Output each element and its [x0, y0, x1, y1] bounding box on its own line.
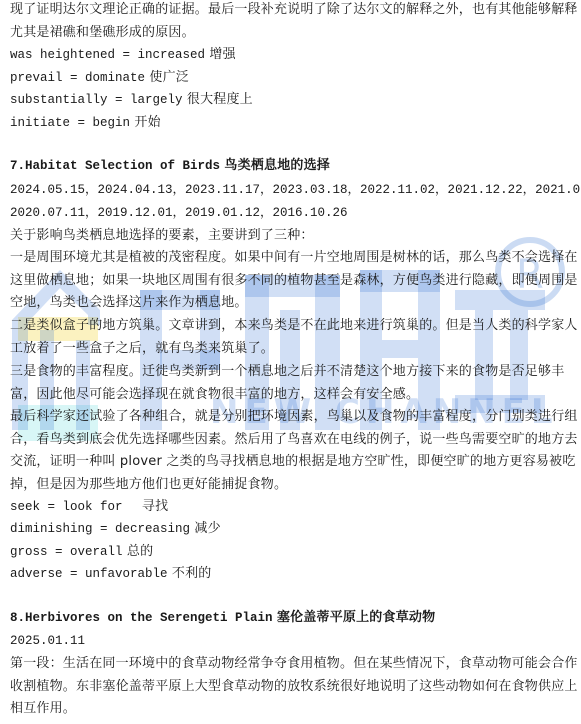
- paragraph-line: 第一段：生活在同一环境中的食草动物经常争夺食用植物。但在某些情况下，食草动物可能…: [10, 654, 578, 674]
- vocab-meaning: 使广泛: [149, 70, 189, 85]
- vocab-term: diminishing = decreasing: [10, 522, 190, 536]
- paragraph-line: 二是类似盒子的地方筑巢。文章讲到，本来鸟类是不在此地来进行筑巢的。但是当人类的科…: [10, 316, 578, 336]
- vocab-item: seek = look for 寻找: [10, 497, 168, 517]
- vocab-meaning: 总的: [127, 544, 153, 559]
- section-7-heading: 7.Habitat Selection of Birds 鸟类栖息地的选择: [10, 156, 330, 176]
- paragraph-line: 交流，证明一种叫 plover 之类的鸟寻找栖息地的根据是地方空旷性，即便空旷的…: [10, 452, 576, 472]
- vocab-meaning: 不利的: [172, 566, 212, 581]
- exam-dates: 2020.07.11，2019.12.01，2019.01.12，2016.10…: [10, 203, 348, 223]
- vocab-term: was heightened = increased: [10, 48, 205, 62]
- paragraph-line: 一是周围环境尤其是植被的茂密程度。如果中间有一片空地周围是树林的话，那么鸟类不会…: [10, 248, 578, 268]
- vocab-meaning: 寻找: [142, 499, 168, 514]
- paragraph-line: 尤其是裙礁和堡礁形成的原因。: [10, 23, 195, 43]
- section-8-heading: 8.Herbivores on the Serengeti Plain 塞伦盖蒂…: [10, 608, 435, 628]
- vocab-item: adverse = unfavorable 不利的: [10, 564, 211, 584]
- vocab-meaning: 增强: [209, 47, 235, 62]
- section-title-zh: 鸟类栖息地的选择: [224, 158, 330, 173]
- vocab-term: initiate = begin: [10, 116, 130, 130]
- paragraph-line: 空地，鸟类也会选择这片来作为栖息地。: [10, 293, 248, 313]
- paragraph-line: 关于影响鸟类栖息地选择的要素，主要讲到了三种：: [10, 226, 314, 246]
- section-title-en: 8.Herbivores on the Serengeti Plain: [10, 611, 273, 625]
- vocab-item: substantially = largely 很大程度上: [10, 90, 253, 110]
- paragraph-line: 掉，但是因为那些地方他们也更好能捕捉食物。: [10, 475, 287, 495]
- vocab-term: gross = overall: [10, 545, 123, 559]
- paragraph-line: 三是食物的丰富程度。迁徙鸟类新到一个栖息地之后并不清楚这个地方接下来的食物是否足…: [10, 362, 564, 382]
- section-title-en: 7.Habitat Selection of Birds: [10, 159, 220, 173]
- paragraph-line: 现了证明达尔文理论正确的证据。最后一段补充说明了除了达尔文的解释之外，也有其他能…: [10, 0, 578, 20]
- vocab-meaning: 减少: [194, 521, 220, 536]
- paragraph-line: 这里做栖息地；如果一块地区周围有很多不同的植物甚至是森林，方便鸟类进行隐藏，即便…: [10, 271, 578, 291]
- vocab-term: substantially = largely: [10, 93, 183, 107]
- paragraph-line: 富，因此他尽可能会选择现在就食物很丰富的地方，这样会有安全感。: [10, 385, 419, 405]
- vocab-term: prevail = dominate: [10, 71, 145, 85]
- vocab-item: diminishing = decreasing 减少: [10, 519, 221, 539]
- paragraph-line: 工放着了一些盒子之后，就有鸟类来筑巢了。: [10, 339, 274, 359]
- vocab-item: prevail = dominate 使广泛: [10, 68, 189, 88]
- vocab-meaning: 开始: [134, 115, 160, 130]
- vocab-term: seek = look for: [10, 500, 138, 514]
- exam-dates: 2024.05.15，2024.04.13，2023.11.17，2023.03…: [10, 180, 581, 200]
- paragraph-line: 收割植物。东非塞伦盖蒂平原上大型食草动物的放牧系统很好地说明了这些动物如何在食物…: [10, 677, 578, 697]
- vocab-item: was heightened = increased 增强: [10, 45, 236, 65]
- paragraph-line: 最后科学家还试验了各种组合，就是分别把环境因素，鸟巢以及食物的丰富程度，分门别类…: [10, 407, 578, 427]
- vocab-item: initiate = begin 开始: [10, 113, 161, 133]
- exam-date: 2025.01.11: [10, 631, 85, 651]
- paragraph-line: 合，看鸟类到底会优先选择哪些因素。然后用了鸟喜欢在电线的例子，说一些鸟需要空旷的…: [10, 430, 578, 450]
- vocab-item: gross = overall 总的: [10, 542, 153, 562]
- vocab-meaning: 很大程度上: [187, 92, 253, 107]
- section-title-zh: 塞伦盖蒂平原上的食草动物: [277, 610, 435, 625]
- paragraph-line: 相互作用。: [10, 699, 76, 719]
- vocab-term: adverse = unfavorable: [10, 567, 168, 581]
